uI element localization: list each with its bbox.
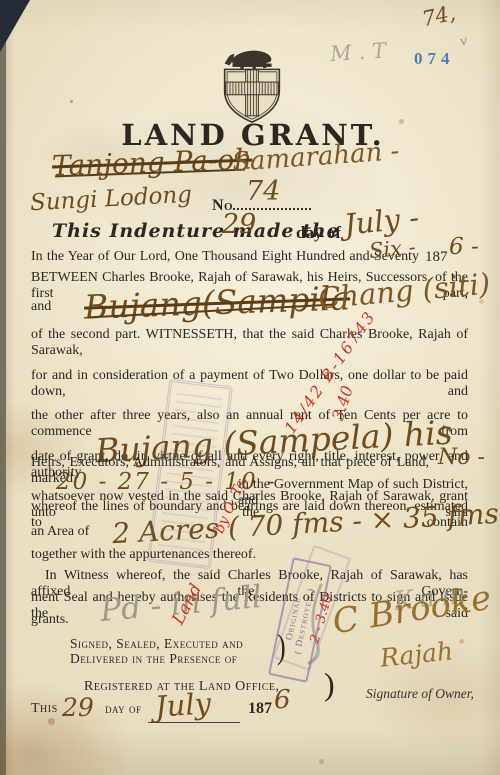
registration-day: 29 [62, 693, 94, 722]
registration-brace: ) [324, 666, 335, 703]
signed-sealed-line-1: Signed, Sealed, Executed and [70, 636, 243, 652]
blue-stamp-number: 074 [414, 49, 455, 69]
no-written: No - [438, 445, 485, 470]
day-written: 29 [222, 209, 256, 240]
scanned-land-grant-document: 74, v M.T 074 LAND GRANT. Tanjong Pa-oh … [0, 0, 500, 775]
registration-year-digits: 187 [248, 700, 272, 718]
grant-number-value: 74 [246, 176, 280, 207]
area-label: an Area of [31, 524, 89, 540]
registration-year-last: 6 [274, 685, 291, 715]
year-digits-printed: 187 [425, 249, 448, 266]
paragraph-line: for and in consideration of a payment of… [31, 368, 468, 400]
witness-line-3: grants. [31, 612, 69, 628]
stamp-smudge [157, 389, 223, 559]
signed-sealed-line-2: Delivered in the Presence of [70, 651, 237, 667]
year-word-written: Six - [368, 235, 417, 263]
foxing-spots [70, 100, 73, 103]
month-blank-rule [148, 722, 240, 723]
crossed-out-place-name: Tanjong Pa-oh [51, 143, 252, 183]
brooke-badger-shield-crest [208, 42, 296, 128]
day-of-printed: day of [296, 223, 341, 243]
year-last-digit: 6 - [449, 234, 479, 260]
this-word: This [31, 701, 58, 717]
registration-day-of: day of [105, 701, 142, 717]
pencil-initials: M.T [329, 38, 394, 66]
appurtenances-line: together with the appurtenances thereof. [31, 547, 256, 563]
owner-signature-label: Signature of Owner, [366, 686, 474, 702]
year-line-printed: In the Year of Our Lord, One Thousand Ei… [31, 249, 419, 265]
registration-month: July [154, 686, 212, 724]
paragraph-line: of the second part. WITNESSETH, that the… [31, 327, 468, 359]
and-word: and [31, 299, 51, 315]
